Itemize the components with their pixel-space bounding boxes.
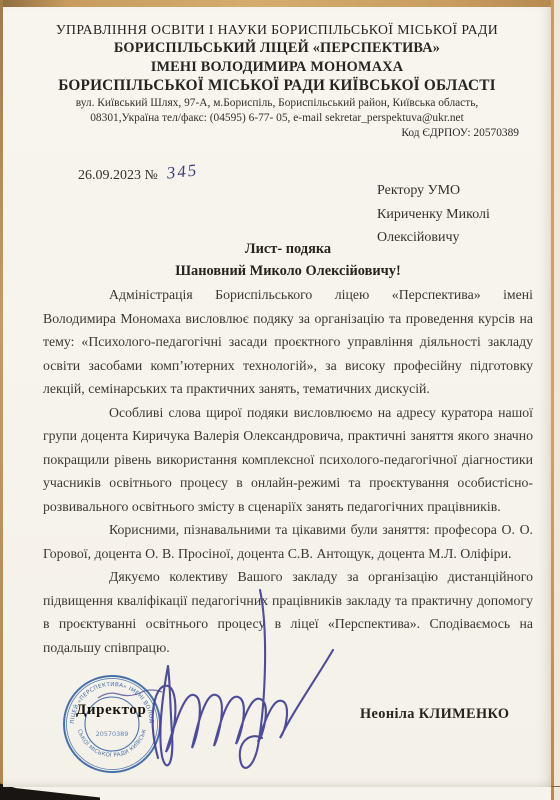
recipient-block: Ректору УМО Кириченку Миколі Олексійович… <box>377 179 490 250</box>
letterhead-address-line1: вул. Київський Шлях, 97-А, м.Бориспіль, … <box>3 96 551 111</box>
letterhead-named-after: ІМЕНІ ВОЛОДИМИРА МОНОМАХА <box>3 58 551 77</box>
paragraph-lecturers: Корисними, пізнавальними та цікавими бул… <box>43 518 533 565</box>
signer-name: Неоніла КЛИМЕНКО <box>360 706 509 723</box>
salutation: Шановний Миколо Олексійовичу! <box>43 263 533 280</box>
reference-line: 26.09.2023 № 345 <box>78 164 199 184</box>
paragraph-gratitude-courses: Адміністрація Бориспільського ліцею «Пер… <box>43 283 533 401</box>
stamp-center-number: 20570389 <box>96 730 129 738</box>
letter-page: УПРАВЛІННЯ ОСВІТИ І НАУКИ БОРИСПІЛЬСЬКОЇ… <box>3 7 551 787</box>
letterhead-edrpou-code: Код ЄДРПОУ: 20570389 <box>3 126 551 141</box>
number-sign: № <box>145 168 158 183</box>
handwritten-signature <box>128 578 353 790</box>
letterhead-address-line2: 08301,Україна тел/факс: (04595) 6-77- 05… <box>3 111 551 126</box>
letterhead-council: БОРИСПІЛЬСЬКОЇ МІСЬКОЇ РАДИ КИЇВСЬКОЇ ОБ… <box>3 76 551 96</box>
letter-title: Лист- подяка <box>43 241 533 258</box>
paragraph-curator-thanks: Особливі слова щирої подяки висловлюємо … <box>43 401 533 519</box>
letter-date: 26.09.2023 <box>78 168 141 183</box>
signature-tall-stroke <box>240 590 265 768</box>
recipient-surname: Кириченку Миколі <box>377 203 490 227</box>
scanned-letter: УПРАВЛІННЯ ОСВІТИ І НАУКИ БОРИСПІЛЬСЬКОЇ… <box>0 0 560 800</box>
recipient-title: Ректору УМО <box>377 179 490 203</box>
letterhead-lyceum-name: БОРИСПІЛЬСЬКИЙ ЛІЦЕЙ «ПЕРСПЕКТИВА» <box>3 39 551 58</box>
scan-edge-right <box>554 0 560 800</box>
scan-edge-top <box>0 0 560 7</box>
handwritten-letter-number: 345 <box>166 160 199 183</box>
letterhead-authority: УПРАВЛІННЯ ОСВІТИ І НАУКИ БОРИСПІЛЬСЬКОЇ… <box>3 20 551 39</box>
scan-edge-right-line <box>551 0 554 800</box>
letterhead: УПРАВЛІННЯ ОСВІТИ І НАУКИ БОРИСПІЛЬСЬКОЇ… <box>3 20 551 141</box>
